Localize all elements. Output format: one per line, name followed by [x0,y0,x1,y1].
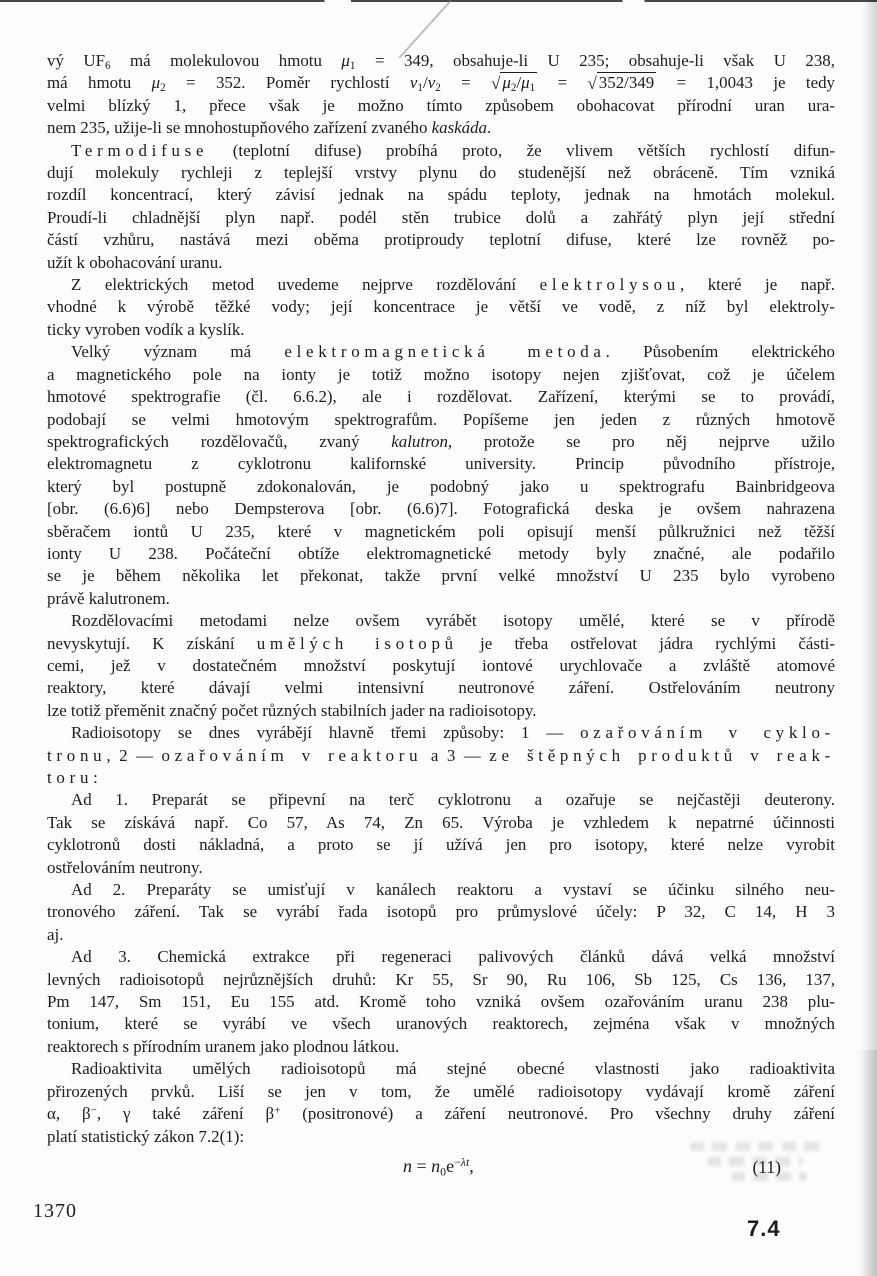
section-number: 7.4 [747,1216,781,1242]
text-line: částí vzhůru, nastává mezi oběma protipr… [47,229,835,251]
text-line: rozdíl koncentrací, který závisí jednak … [47,184,835,206]
text-line: Tak se získává např. Co 57, As 74, Zn 65… [47,812,835,834]
text-line: spektrografických rozdělovačů, zvaný kal… [47,431,835,453]
text-line: tronového záření. Tak se vyrábí řada iso… [47,901,835,923]
text-line: elektromagnetu z cyklotronu kalifornské … [47,453,835,475]
paragraph: Rozdělovacími metodami nelze ovšem vyráb… [47,610,835,722]
text-line: ionty U 238. Počáteční obtíže elektromag… [47,543,835,565]
top-edge-line-artifact [0,0,877,2]
text-line: ticky vyroben vodík a kyslík. [47,319,835,341]
paragraph: Ad 2. Preparáty se umisťují v kanálech r… [47,879,835,946]
decay-law-equation: n = n0e−λt, [403,1156,474,1177]
text-line: nem 235, užije-li se mnohostupňového zař… [47,117,835,139]
text-line: Ad 1. Preparát se připevní na terč cyklo… [47,789,835,811]
text-line: dují molekuly rychleji z teplejší vrstvy… [47,162,835,184]
paragraph: Velký význam má elektromagnetická metoda… [47,341,835,610]
text-line: toru: [47,767,835,789]
text-line: Velký význam má elektromagnetická metoda… [47,341,835,363]
text-line: platí statistický zákon 7.2(1): [47,1126,835,1148]
text-line: Radioisotopy se dnes vyrábějí hlavně tře… [47,722,835,744]
text-line: cemi, jež v dostatečném množství poskytu… [47,655,835,677]
paragraph: Ad 3. Chemická extrakce při regeneraci p… [47,946,835,1058]
text-line: má hmotu μ2 = 352. Poměr rychlostí v1/v2… [47,72,835,94]
paragraph: vý UF6 má molekulovou hmotu μ1 = 349, ob… [47,50,835,140]
text-line: podobají se velmi hmotovým spektrografům… [47,409,835,431]
paragraph: Ad 1. Preparát se připevní na terč cyklo… [47,789,835,879]
text-line: Radioaktivita umělých radioisotopů má st… [47,1058,835,1080]
text-line: Proudí-li chladnější plyn např. podél st… [47,207,835,229]
text-line: hmotové spektrografie (čl. 6.6.2), ale i… [47,386,835,408]
page-number: 1370 [33,1200,77,1223]
text-line: aj. [47,924,835,946]
text-line: vhodné k výrobě těžké vody; její koncent… [47,296,835,318]
text-column: vý UF6 má molekulovou hmotu μ1 = 349, ob… [47,50,835,1148]
text-line: a magnetického pole na ionty je totiž mo… [47,364,835,386]
equation-row: n = n0e−λt, (11) [47,1156,835,1186]
text-line: [obr. (6.6)6] nebo Dempsterova [obr. (6.… [47,498,835,520]
page-scan: vý UF6 má molekulovou hmotu μ1 = 349, ob… [0,0,877,1276]
text-line: cyklotronů dosti nákladná, a proto se jí… [47,834,835,856]
text-line: Termodifuse (teplotní difuse) probíhá pr… [47,140,835,162]
text-line: Ad 2. Preparáty se umisťují v kanálech r… [47,879,835,901]
text-line: reaktorech s přírodním uranem jako plodn… [47,1036,835,1058]
text-line: Rozdělovacími metodami nelze ovšem vyráb… [47,610,835,632]
text-line: sběračem iontů U 235, které v magnetické… [47,521,835,543]
text-line: levných radioisotopů nejrůznějších druhů… [47,969,835,991]
text-line: tronu, 2 — ozařováním v reaktoru a 3 — z… [47,745,835,767]
text-line: ostřelováním neutrony. [47,857,835,879]
text-line: se je během několika let překonat, takže… [47,565,835,587]
text-line: užít k obohacování uranu. [47,252,835,274]
paragraph: Z elektrických metod uvedeme nejprve roz… [47,274,835,341]
text-line: Z elektrických metod uvedeme nejprve roz… [47,274,835,296]
text-line: Pm 147, Sm 151, Eu 155 atd. Kromě toho v… [47,991,835,1013]
text-line: vý UF6 má molekulovou hmotu μ1 = 349, ob… [47,50,835,72]
text-line: tonium, které se vyrábí ve všech uranový… [47,1013,835,1035]
paragraph: Radioaktivita umělých radioisotopů má st… [47,1058,835,1148]
text-line: přirozených prvků. Liší se jen v tom, že… [47,1081,835,1103]
equation-number: (11) [752,1157,781,1178]
text-line: α, β−, γ také záření β+ (positronové) a … [47,1103,835,1125]
text-line: právě kalutronem. [47,588,835,610]
page-edge-shadow-lower [855,1050,877,1276]
paragraph: Termodifuse (teplotní difuse) probíhá pr… [47,140,835,274]
text-line: lze totiž přeměnit značný počet různých … [47,700,835,722]
text-line: Ad 3. Chemická extrakce při regeneraci p… [47,946,835,968]
text-line: nevyskytují. K získání umělých isotopů j… [47,633,835,655]
paragraph: Radioisotopy se dnes vyrábějí hlavně tře… [47,722,835,789]
text-line: který byl postupně zdokonalován, je podo… [47,476,835,498]
text-line: velmi blízký 1, přece však je možno tímt… [47,95,835,117]
text-line: reaktory, které dávají velmi intensivní … [47,677,835,699]
